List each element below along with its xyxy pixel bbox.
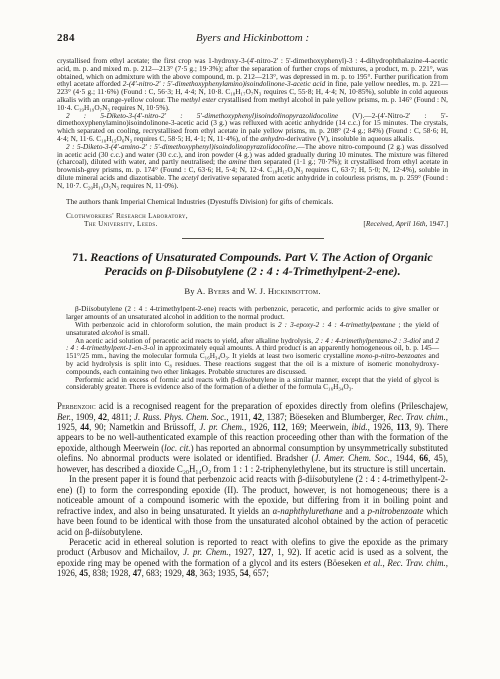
body-paragraph-3: Peracetic acid in ethereal solution is r… (57, 537, 448, 579)
article-body: Perbenzoic acid is a recognised reagent … (57, 401, 448, 579)
article-title: 71. Reactions of Unsaturated Compounds. … (59, 250, 446, 278)
section-divider-rule (182, 238, 324, 239)
page-header: 284 Byers and Hickinbottom : (57, 32, 448, 46)
running-head: Byers and Hickinbottom : (57, 32, 448, 44)
journal-page: 284 Byers and Hickinbottom : crystallise… (0, 0, 500, 679)
article-section: 71. Reactions of Unsaturated Compounds. … (57, 250, 448, 578)
address-block: Clothworkers' Research Laboratory, The U… (57, 212, 448, 228)
experimental-section: crystallised from ethyl acetate; the fir… (57, 57, 448, 228)
body-paragraph-2: In the present paper it is found that pe… (57, 474, 448, 537)
experimental-paragraph-3: 2 : 5-Diketo-3-(4'-amino-2' : 5'-dimetho… (57, 143, 448, 190)
article-byline: By A. Byers and W. J. Hickinbottom. (57, 286, 448, 296)
address-line-2: The University, Leeds. (57, 220, 188, 228)
received-date: [Received, April 16th, 1947.] (363, 220, 448, 228)
acknowledgment: The authors thank Imperial Chemical Indu… (57, 198, 448, 206)
institution-address: Clothworkers' Research Laboratory, The U… (57, 212, 188, 228)
abstract-paragraph-2: With perbenzoic acid in chloroform solut… (66, 321, 439, 337)
abstract-paragraph-4: Performic acid in excess of formic acid … (66, 376, 439, 392)
experimental-paragraph-2: 2 : 5-Diketo-3-(4'-nitro-2' : 5'-dimetho… (57, 112, 448, 143)
abstract-paragraph-3: An acetic acid solution of peracetic aci… (66, 337, 439, 376)
body-paragraph-1: Perbenzoic acid is a recognised reagent … (57, 401, 448, 474)
article-abstract: β-Diisobutylene (2 : 4 : 4-trimethylpent… (66, 305, 439, 391)
abstract-paragraph-1: β-Diisobutylene (2 : 4 : 4-trimethylpent… (66, 305, 439, 321)
experimental-paragraph-1: crystallised from ethyl acetate; the fir… (57, 57, 448, 112)
